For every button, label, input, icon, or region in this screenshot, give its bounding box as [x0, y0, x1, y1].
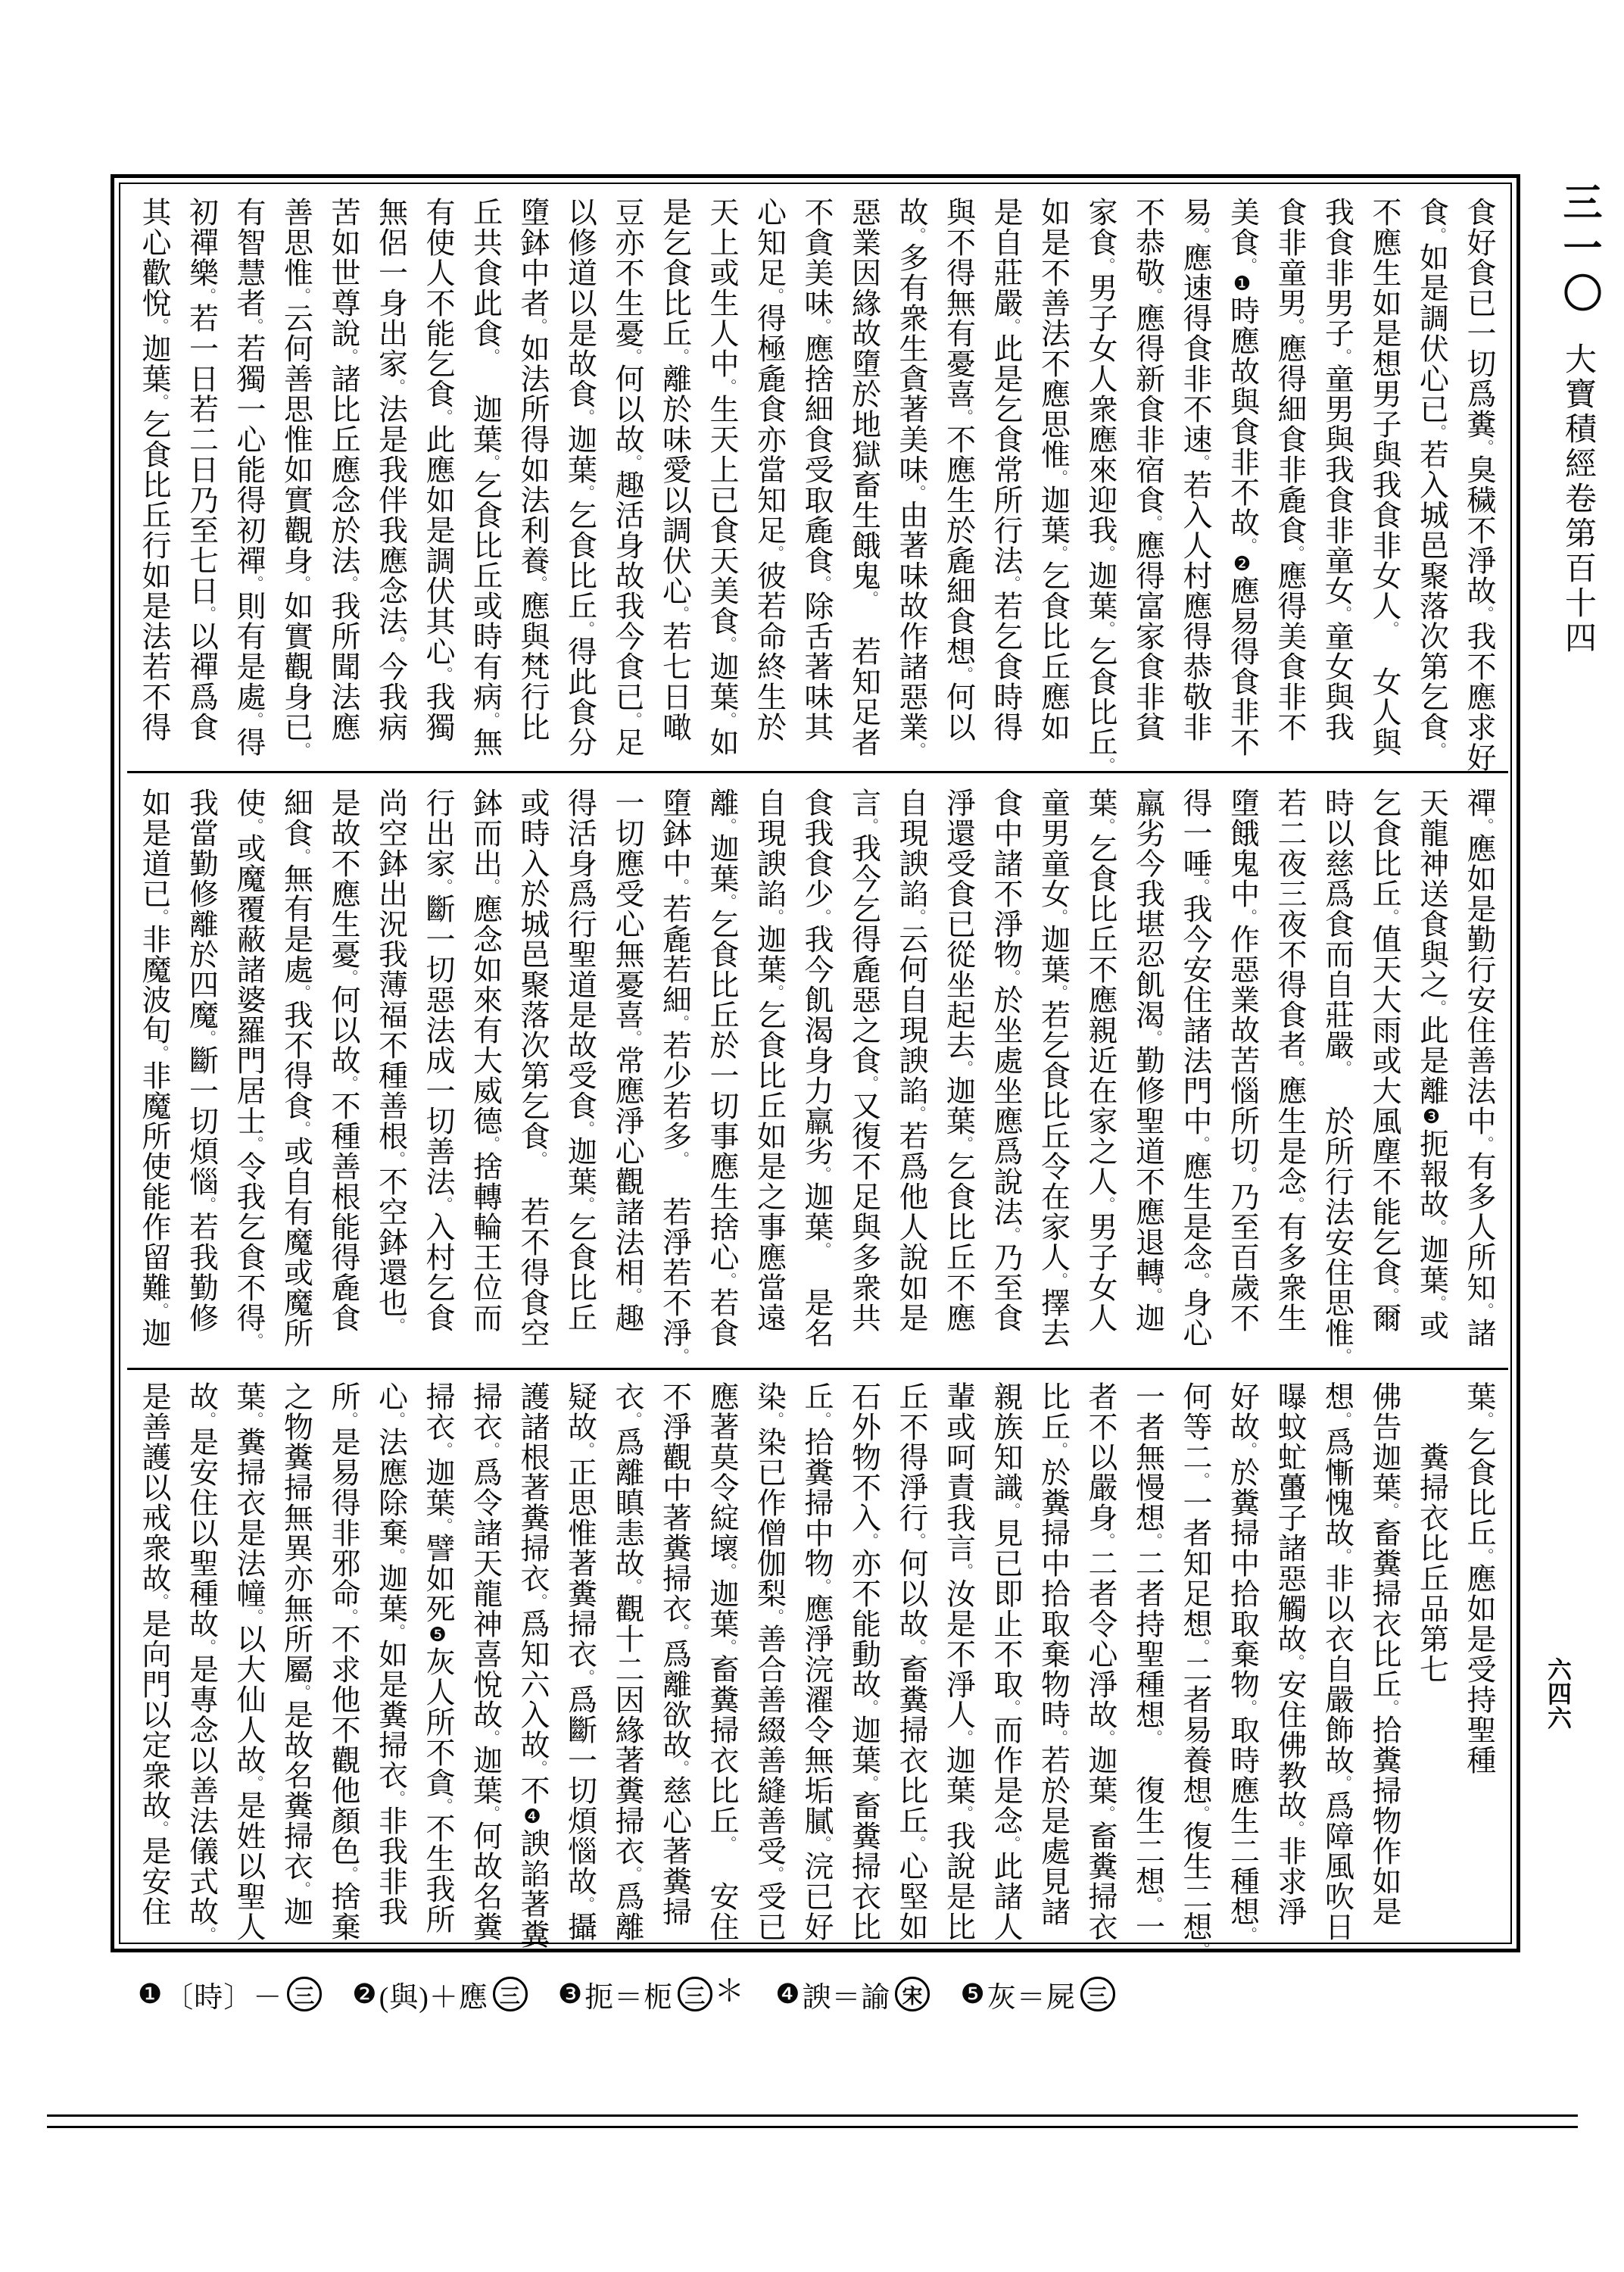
kuten-punctuation: 。	[1224, 1166, 1272, 1181]
kuten-punctuation: 。	[1083, 1533, 1130, 1548]
text-column: 食。如是調伏心已。若入城邑聚落次第乞食。	[1407, 197, 1455, 765]
footnote-marker-icon: ❺	[960, 1978, 985, 2010]
kuten-punctuation: 。	[1083, 757, 1130, 772]
register-divider-2	[127, 1368, 1508, 1370]
kuten-punctuation: 。	[988, 1699, 1036, 1715]
text-column: 苦如世尊說。諸比丘應念於法。我所聞法應	[320, 197, 367, 765]
kuten-punctuation: 。	[1035, 985, 1083, 1000]
kuten-punctuation: 。	[656, 1015, 704, 1030]
kuten-punctuation: 。	[278, 288, 326, 303]
text-column: 禪。應如是勤行安住善法中。有多人所知。諸	[1455, 788, 1503, 1356]
kuten-punctuation: 。	[515, 318, 563, 333]
kuten-punctuation: 。	[1414, 1295, 1461, 1310]
kuten-punctuation: 。	[1461, 818, 1509, 833]
text-column: 之物糞掃無異亦無所屬。是故名糞掃衣。迦	[272, 1381, 320, 1940]
kuten-punctuation: 。	[562, 1121, 609, 1136]
kuten-punctuation: 。	[326, 1609, 373, 1624]
kuten-punctuation: 。	[1130, 1287, 1177, 1303]
kuten-punctuation: 。	[1224, 538, 1272, 553]
kuten-punctuation: 。	[326, 576, 373, 591]
kuten-punctuation: 。	[278, 1881, 326, 1896]
text-column: 乞食比丘。值天大雨或大風塵不能乞食。爾	[1361, 788, 1408, 1356]
footnote-marker-icon: ❸	[1421, 1106, 1443, 1128]
kuten-punctuation: 。	[1130, 1730, 1177, 1745]
edition-siglum-icon: 宋	[895, 1977, 930, 2011]
kuten-punctuation: 。	[183, 606, 231, 621]
kuten-punctuation: 。	[1367, 1287, 1414, 1303]
footnote-marker-icon: ❶	[138, 1978, 163, 2010]
kuten-punctuation: 。	[988, 1503, 1036, 1518]
kuten-punctuation: 。	[893, 742, 941, 757]
kuten-punctuation: 。	[1461, 1548, 1509, 1563]
text-column: 我食非男子。童男與我食非童女。童女與我	[1313, 197, 1361, 765]
footnote-marker-icon: ❺	[427, 1624, 449, 1646]
text-column: 其心歡悅。迦葉。乞食比丘行如是法若不得	[130, 197, 178, 765]
kuten-punctuation: 。	[1224, 1442, 1272, 1457]
kuten-punctuation: 。	[1035, 909, 1083, 924]
kuten-punctuation: 。	[1414, 742, 1461, 757]
collation-note-text: 灰＝屍	[987, 1974, 1076, 2015]
kuten-punctuation: 。	[846, 1699, 893, 1715]
kuten-punctuation: 。	[231, 1609, 279, 1624]
text-column: 鉢而出。應念如來有大威德。捨轉輪王位而	[461, 788, 509, 1356]
kuten-punctuation: 。	[988, 969, 1036, 985]
text-column: 與不得無有憂喜。不應生於麁細食想。何以	[934, 197, 982, 765]
kuten-punctuation: 。	[136, 1303, 184, 1318]
kuten-punctuation: 。	[1272, 318, 1320, 333]
text-column: 尚空鉢出況我薄福不種善根。不空鉢還也。	[366, 788, 414, 1356]
text-column: 葉。乞食比丘不應親近在家之人。男子女人	[1077, 788, 1124, 1356]
text-column: 天龍神送食與之。此是離❸扼報故。迦葉。或	[1407, 788, 1455, 1356]
kuten-punctuation: 。	[467, 1805, 515, 1821]
kuten-punctuation: 。	[609, 348, 657, 364]
kuten-punctuation: 。	[1130, 1030, 1177, 1045]
text-column: 葉。乞食比丘。應如是受持聖種	[1455, 1381, 1503, 1940]
kuten-punctuation: 。	[1083, 545, 1130, 560]
kuten-punctuation: 。	[515, 1593, 563, 1609]
text-column: 者不以嚴身。二者令心淨故。迦葉。畜糞掃衣	[1077, 1381, 1124, 1940]
kuten-punctuation: 。	[609, 1412, 657, 1427]
kuten-punctuation: 。	[326, 969, 373, 985]
collation-footnotes: ❶〔時〕－三❷(與)＋應三❸扼＝枙三＊❹諛＝諭宋❺灰＝屍三	[138, 1972, 1115, 2016]
kuten-punctuation: 。	[1130, 288, 1177, 303]
kuten-punctuation: 。	[656, 1151, 704, 1166]
kuten-punctuation: 。	[940, 1563, 988, 1578]
kuten-punctuation: 。	[1224, 1699, 1272, 1715]
text-column: 淨還受食已從坐起去。迦葉。乞食比丘不應	[934, 788, 982, 1356]
kuten-punctuation: 。	[656, 1624, 704, 1639]
text-column: 家食。男子女人衆應來迎我。迦葉。乞食比丘。	[1077, 197, 1124, 765]
kuten-punctuation: 。	[1083, 818, 1130, 833]
text-column: 自現諛諂。云何自現諛諂。若爲他人說如是	[887, 788, 935, 1356]
kuten-punctuation: 。	[751, 545, 799, 560]
kuten-punctuation: 。	[467, 712, 515, 727]
kuten-punctuation: 。	[372, 1790, 420, 1805]
kuten-punctuation: 。	[278, 742, 326, 757]
text-column: 若二夜三夜不得食者。應生是念。有多衆生	[1266, 788, 1314, 1356]
kuten-punctuation: 。	[183, 1412, 231, 1427]
collation-note: ❷(與)＋應三	[352, 1974, 528, 2015]
kuten-punctuation: 。	[940, 1730, 988, 1745]
kuten-punctuation: 。	[846, 818, 893, 833]
text-column: 不應生如是想男子與我食非女人。 女人與	[1361, 197, 1408, 765]
text-column: 羸劣今我堪忍飢渴。勤修聖道不應退轉。迦	[1124, 788, 1171, 1356]
text-column: 應著莫令綻壞。迦葉。畜糞掃衣比丘。 安住	[698, 1381, 746, 1940]
kuten-punctuation: 。	[420, 1798, 468, 1813]
kuten-punctuation: 。	[372, 1624, 420, 1639]
kuten-punctuation: 。	[326, 1866, 373, 1881]
text-column: 以修道以是故食。迦葉。乞食比丘。得此食分	[556, 197, 603, 765]
text-column: 石外物不入。亦不能動故。迦葉。畜糞掃衣比	[840, 1381, 887, 1940]
kuten-punctuation: 。	[846, 591, 893, 606]
text-column: 易。應速得食非不速。若入人村應得恭敬非	[1171, 197, 1219, 765]
edition-siglum-icon: 三	[493, 1977, 528, 2011]
kuten-punctuation: 。	[1035, 1272, 1083, 1287]
text-column: 曝蚊虻蠆子諸惡觸故。安住佛教故。非求淨	[1266, 1381, 1314, 1940]
text-column: 是乞食比丘。離於味愛以調伏心。若七日噉	[650, 197, 698, 765]
text-column: 食中諸不淨物。於坐處坐應爲說法。乃至食	[982, 788, 1030, 1356]
kuten-punctuation: 。	[1319, 1412, 1367, 1427]
kuten-punctuation: 。	[1272, 1060, 1320, 1075]
kuten-punctuation: 。	[420, 1197, 468, 1212]
kuten-punctuation: 。	[467, 1442, 515, 1457]
kuten-punctuation: 。	[1035, 545, 1083, 560]
text-column: 好故。於糞掃中拾取棄物。取時應生二種想。	[1218, 1381, 1266, 1940]
bottom-rule-2	[47, 2126, 1578, 2128]
kuten-punctuation: 。	[751, 1412, 799, 1427]
kuten-punctuation: 。	[136, 1045, 184, 1060]
text-column: 不貪美味。應捨細食受取麁食。除舌著味其	[793, 197, 840, 765]
kuten-punctuation: 。	[893, 1639, 941, 1654]
text-column: 比丘。於糞掃中拾取棄物時。若於是處見諸	[1029, 1381, 1077, 1940]
text-column: 惡業因緣故墮於地獄畜生餓鬼。 若知足者	[840, 197, 887, 765]
kuten-punctuation: 。	[278, 985, 326, 1000]
kuten-punctuation: 。	[1461, 1136, 1509, 1151]
kuten-punctuation: 。	[1414, 1219, 1461, 1234]
text-column: 使。或魔覆蔽諸婆羅門居士。令我乞食不得。	[225, 788, 273, 1356]
kuten-punctuation: 。	[1224, 257, 1272, 273]
kuten-punctuation: 。	[1461, 1303, 1509, 1318]
footnote-marker-icon: ❹	[775, 1978, 800, 2010]
kuten-punctuation: 。	[326, 1412, 373, 1427]
text-column: 心。法應除棄。迦葉。如是糞掃衣。非我非我	[366, 1381, 414, 1940]
text-column: 美食。❶時應故與食非不故。❷應易得食非不	[1218, 197, 1266, 765]
text-column: 故。是安住以聖種故。是專念以善法儀式故。	[177, 1381, 225, 1940]
text-column: 得活身爲行聖道是故受食。迦葉。乞食比丘	[556, 788, 603, 1356]
kuten-punctuation: 。	[1083, 1805, 1130, 1821]
kuten-punctuation: 。	[1224, 1927, 1272, 1942]
collation-note: ❹諛＝諭宋	[775, 1974, 930, 2015]
kuten-punctuation: 。	[467, 454, 515, 470]
kuten-punctuation: 。	[1177, 454, 1225, 470]
text-column: 食好食已一切爲糞。臭穢不淨故。我不應求好	[1455, 197, 1503, 765]
text-band-top: 食好食已一切爲糞。臭穢不淨故。我不應求好食。如是調伏心已。若入城邑聚落次第乞食。…	[129, 197, 1502, 765]
kuten-punctuation: 。	[988, 576, 1036, 591]
kuten-punctuation: 。	[136, 909, 184, 924]
kuten-punctuation: 。	[1461, 1412, 1509, 1427]
kuten-punctuation: 。	[609, 454, 657, 470]
kuten-punctuation: 。	[656, 606, 704, 621]
kuten-punctuation: 。	[1177, 879, 1225, 894]
kuten-punctuation: 。	[1083, 1197, 1130, 1212]
kuten-punctuation: 。	[372, 1318, 420, 1333]
text-column: 丘。拾糞掃中物。應淨浣濯令無垢膩。浣已好	[793, 1381, 840, 1940]
kuten-punctuation: 。	[751, 288, 799, 303]
text-column: 豆亦不生憂。何以故。趣活身故我今食已。足	[603, 197, 651, 765]
kuten-punctuation: 。	[656, 1348, 704, 1363]
text-band-bottom: 葉。乞食比丘。應如是受持聖種 糞掃衣比丘品第七佛告迦葉。畜糞掃衣比丘。拾糞掃物作…	[129, 1381, 1502, 1940]
kuten-punctuation: 。	[420, 879, 468, 894]
kuten-punctuation: 。	[751, 909, 799, 924]
text-column: 時以慈爲食而自莊嚴。 於所行法安住思惟。	[1313, 788, 1361, 1356]
kuten-punctuation: 。	[846, 1775, 893, 1790]
text-column: 葉。糞掃衣是法幢。以大仙人故。是姓以聖人	[225, 1381, 273, 1940]
kuten-punctuation: 。	[231, 1412, 279, 1427]
kuten-punctuation: 。	[562, 621, 609, 636]
text-column: 佛告迦葉。畜糞掃衣比丘。拾糞掃物作如是	[1361, 1381, 1408, 1940]
kuten-punctuation: 。	[940, 1060, 988, 1075]
kuten-punctuation: 。	[420, 666, 468, 682]
kuten-punctuation: 。	[893, 909, 941, 924]
text-column: 或時入於城邑聚落次第乞食。 若不得食空	[509, 788, 556, 1356]
kuten-punctuation: 。	[231, 1136, 279, 1151]
kuten-punctuation: 。	[1177, 227, 1225, 242]
text-column: 自現諛諂。迦葉。乞食比丘如是之事應當遠	[745, 788, 793, 1356]
kuten-punctuation: 。	[656, 879, 704, 894]
kuten-punctuation: 。	[562, 409, 609, 424]
footnote-marker-icon: ❶	[1232, 273, 1254, 295]
kuten-punctuation: 。	[372, 1412, 420, 1427]
kuten-punctuation: 。	[799, 1836, 846, 1851]
kuten-punctuation: 。	[467, 879, 515, 894]
text-column: 親族知識。見已即止不取。而作是念。此諸人	[982, 1381, 1030, 1940]
kuten-punctuation: 。	[231, 712, 279, 727]
text-column: 細食。無有是處。我不得食。或自有魔或魔所	[272, 788, 320, 1356]
kuten-punctuation: 。	[136, 318, 184, 333]
collation-note-text: 〔時〕－	[164, 1974, 282, 2015]
kuten-punctuation: 。	[231, 576, 279, 591]
kuten-punctuation: 。	[893, 1836, 941, 1851]
text-column: 有智慧者。若獨一心能得初禪。則有是處。得	[225, 197, 273, 765]
text-column: 何等二。一者知足想。二者易養想。復生二想。	[1171, 1381, 1219, 1940]
text-column: 得一唾。我今安住諸法門中。應生是念。身心	[1171, 788, 1219, 1356]
kuten-punctuation: 。	[1367, 621, 1414, 636]
text-column: 掃衣。迦葉。譬如死❺灰人所不貪。不生我所	[414, 1381, 462, 1940]
text-column: 染。染已作僧伽梨。善合善綴善縫善受。受已	[745, 1381, 793, 1940]
kuten-punctuation: 。	[940, 666, 988, 682]
kuten-punctuation: 。	[1461, 606, 1509, 621]
kuten-punctuation: 。	[609, 1030, 657, 1045]
kuten-punctuation: 。	[562, 485, 609, 500]
kuten-punctuation: 。	[183, 1927, 231, 1942]
kuten-punctuation: 。	[1130, 1533, 1177, 1548]
kuten-punctuation: 。	[420, 1442, 468, 1457]
kuten-punctuation: 。	[1035, 1442, 1083, 1457]
kuten-punctuation: 。	[1035, 470, 1083, 485]
text-column: 是善護以戒衆故。是向門以定衆故。是安住	[130, 1381, 178, 1940]
text-column: 衣。爲離瞋恚故。觀十二因緣著糞掃衣。爲離	[603, 1381, 651, 1940]
kuten-punctuation: 。	[799, 318, 846, 333]
kuten-punctuation: 。	[183, 1030, 231, 1045]
kuten-punctuation: 。	[1367, 1699, 1414, 1715]
kuten-punctuation: 。	[1083, 621, 1130, 636]
edition-siglum-icon: 三	[1080, 1977, 1115, 2011]
footnote-marker-icon: ❹	[522, 1805, 544, 1828]
footnote-marker-icon: ❷	[352, 1978, 377, 2010]
kuten-punctuation: 。	[704, 712, 752, 727]
kuten-punctuation: 。	[231, 1775, 279, 1790]
kuten-punctuation: 。	[799, 1412, 846, 1427]
collation-note: ❶〔時〕－三	[138, 1974, 322, 2015]
kuten-punctuation: 。	[278, 1684, 326, 1699]
collation-note: ❺灰＝屍三	[960, 1974, 1114, 2015]
kuten-punctuation: 。	[467, 1136, 515, 1151]
kuten-punctuation: 。	[609, 1287, 657, 1303]
kuten-punctuation: 。	[183, 288, 231, 303]
kuten-punctuation: 。	[1177, 1136, 1225, 1151]
kuten-punctuation: 。	[1319, 606, 1367, 621]
kuten-punctuation: 。	[704, 636, 752, 651]
kuten-punctuation: 。	[1414, 424, 1461, 439]
page-number: 六四六	[1526, 1657, 1579, 1730]
text-column: 糞掃衣比丘品第七	[1407, 1381, 1455, 1940]
text-column: 我當勤修離於四魔。斷一切煩惱。若我勤修	[177, 788, 225, 1356]
taisho-text-number: 三一〇	[1540, 182, 1616, 318]
edition-siglum-icon: 三	[287, 1977, 322, 2011]
text-column: 無侶一身出家。法是我伴我應念法。今我病	[366, 197, 414, 765]
text-column: 是自莊嚴。此是乞食常所行法。若乞食時得	[982, 197, 1030, 765]
collation-note-text: 扼＝枙	[584, 1974, 673, 2015]
kuten-punctuation: 。	[1177, 1272, 1225, 1287]
kuten-punctuation: 。	[278, 1121, 326, 1136]
kuten-punctuation: 。	[467, 1730, 515, 1745]
kuten-punctuation: 。	[609, 712, 657, 727]
kuten-punctuation: 。	[799, 909, 846, 924]
kuten-punctuation: 。	[940, 1805, 988, 1821]
kuten-punctuation: 。	[704, 818, 752, 833]
kuten-punctuation: 。	[1177, 1805, 1225, 1821]
kuten-punctuation: 。	[183, 1197, 231, 1212]
kuten-punctuation: 。	[515, 1760, 563, 1775]
text-column: 童男童女。迦葉。若乞食比丘令在家人。擇去	[1029, 788, 1077, 1356]
kuten-punctuation: 。	[562, 1442, 609, 1457]
kuten-punctuation: 。	[515, 1151, 563, 1166]
kuten-punctuation: 。	[1177, 1639, 1225, 1654]
collation-note-text: 諛＝諭	[802, 1974, 890, 2015]
kuten-punctuation: 。	[326, 1075, 373, 1091]
kuten-punctuation: 。	[1272, 545, 1320, 560]
kuten-punctuation: 。	[799, 1578, 846, 1593]
kuten-punctuation: 。	[562, 1669, 609, 1684]
text-column: 不淨觀中著糞掃衣。爲離欲故。慈心著糞掃	[650, 1381, 698, 1940]
kuten-punctuation: 。	[467, 348, 515, 364]
collation-note-suffix: ＊	[714, 1967, 745, 2010]
kuten-punctuation: 。	[1083, 1730, 1130, 1745]
kuten-punctuation: 。	[1367, 1503, 1414, 1518]
kuten-punctuation: 。	[562, 1896, 609, 1912]
text-column: 如是道已。非魔波旬。非魔所使能作留難。迦	[130, 788, 178, 1356]
kuten-punctuation: 。	[278, 576, 326, 591]
text-column: 食非童男。應得細食非麁食。應得美食非不	[1266, 197, 1314, 765]
text-column: 丘不得淨行。何以故。畜糞掃衣比丘。心堅如	[887, 1381, 935, 1940]
kuten-punctuation: 。	[704, 1563, 752, 1578]
kuten-punctuation: 。	[751, 985, 799, 1000]
kuten-punctuation: 。	[1414, 227, 1461, 242]
footnote-marker-icon: ❸	[558, 1978, 583, 2010]
kuten-punctuation: 。	[1319, 1348, 1367, 1363]
text-column: 善思惟。云何善思惟如實觀身。如實觀身已。	[272, 197, 320, 765]
text-column: 想。爲慚愧故。非以衣自嚴飾故。爲障風吹日	[1313, 1381, 1361, 1940]
kuten-punctuation: 。	[893, 1106, 941, 1121]
kuten-punctuation: 。	[893, 227, 941, 242]
kuten-punctuation: 。	[1177, 1942, 1225, 1957]
text-column: 不恭敬。應得新食非宿食。應得富家食非貧	[1124, 197, 1171, 765]
kuten-punctuation: 。	[751, 1866, 799, 1881]
kuten-punctuation: 。	[1272, 1197, 1320, 1212]
kuten-punctuation: 。	[940, 409, 988, 424]
text-column: 離。迦葉。乞食比丘於一切事應生捨心。若食	[698, 788, 746, 1356]
collation-note: ❸扼＝枙三＊	[558, 1973, 745, 2016]
kuten-punctuation: 。	[704, 1272, 752, 1287]
text-column: 墮鉢中。若麁若細。若少若多。 若淨若不淨。	[650, 788, 698, 1356]
kuten-punctuation: 。	[562, 1197, 609, 1212]
kuten-punctuation: 。	[1177, 1472, 1225, 1487]
text-column: 所。是易得非邪命。不求他不觀他顏色。捨棄	[320, 1381, 367, 1940]
text-column: 掃衣。爲令諸天龍神喜悅故。迦葉。何故名糞	[461, 1381, 509, 1940]
kuten-punctuation: 。	[893, 485, 941, 500]
kuten-punctuation: 。	[372, 1151, 420, 1166]
kuten-punctuation: 。	[988, 318, 1036, 333]
kuten-punctuation: 。	[231, 1333, 279, 1348]
kuten-punctuation: 。	[846, 1533, 893, 1548]
text-column: 言。我今乞得麁惡之食。又復不足與多衆共	[840, 788, 887, 1356]
kuten-punctuation: 。	[372, 636, 420, 651]
text-column: 墮鉢中者。如法所得如法利養。應與梵行比	[509, 197, 556, 765]
kuten-punctuation: 。	[1130, 515, 1177, 530]
kuten-punctuation: 。	[704, 1836, 752, 1851]
kuten-punctuation: 。	[1083, 257, 1130, 273]
kuten-punctuation: 。	[183, 1639, 231, 1654]
kuten-punctuation: 。	[1319, 348, 1367, 364]
kuten-punctuation: 。	[799, 576, 846, 591]
kuten-punctuation: 。	[704, 379, 752, 394]
kuten-punctuation: 。	[609, 1578, 657, 1593]
kuten-punctuation: 。	[1272, 1821, 1320, 1836]
kuten-punctuation: 。	[893, 1533, 941, 1548]
kuten-punctuation: 。	[1224, 909, 1272, 924]
kuten-punctuation: 。	[988, 1836, 1036, 1851]
kuten-punctuation: 。	[1035, 1730, 1083, 1745]
kuten-punctuation: 。	[704, 894, 752, 909]
kuten-punctuation: 。	[1319, 1060, 1367, 1075]
kuten-punctuation: 。	[1319, 1775, 1367, 1790]
text-column: 天上或生人中。生天上已食天美食。迦葉。如	[698, 197, 746, 765]
kuten-punctuation: 。	[420, 1518, 468, 1533]
kuten-punctuation: 。	[231, 318, 279, 333]
kuten-punctuation: 。	[136, 1821, 184, 1836]
kuten-punctuation: 。	[372, 1548, 420, 1563]
text-column: 故。多有衆生貪著美味。由著味故作諸惡業。	[887, 197, 935, 765]
kuten-punctuation: 。	[136, 1593, 184, 1609]
kuten-punctuation: 。	[515, 576, 563, 591]
kuten-punctuation: 。	[420, 409, 468, 424]
kuten-punctuation: 。	[1414, 1000, 1461, 1015]
kuten-punctuation: 。	[136, 394, 184, 409]
text-column: 行出家。斷一切惡法成一切善法。入村乞食	[414, 788, 462, 1356]
text-column: 食我食少。我今飢渴身力羸劣。迦葉。 是名	[793, 788, 840, 1356]
kuten-punctuation: 。	[609, 1866, 657, 1881]
kuten-punctuation: 。	[656, 1760, 704, 1775]
